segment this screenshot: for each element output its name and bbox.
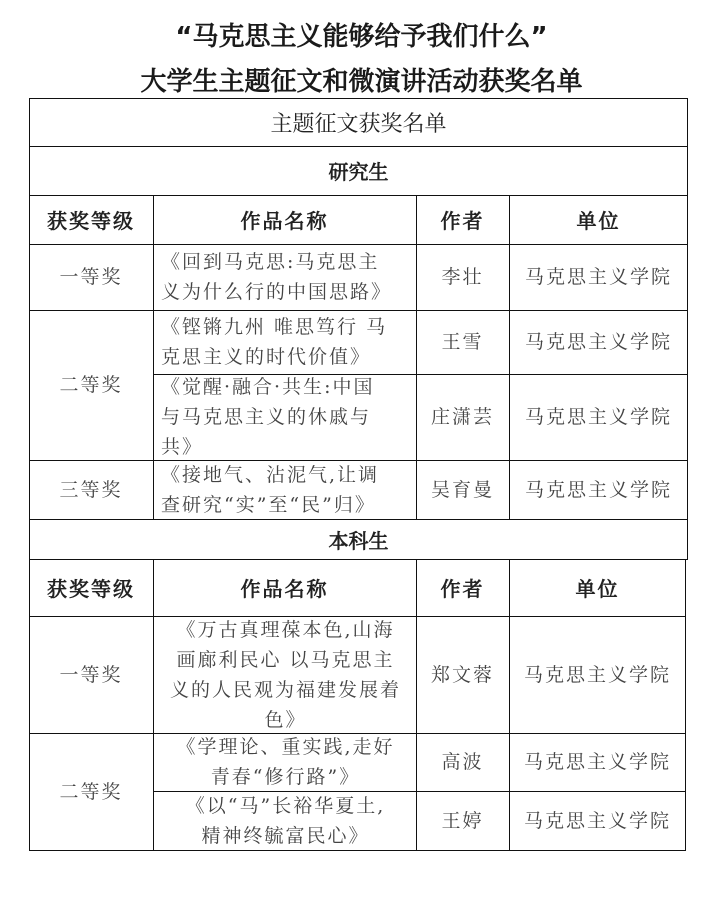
column-header-work: 作品名称 (153, 559, 416, 616)
author: 王婷 (416, 791, 509, 851)
author: 高波 (416, 733, 509, 791)
work-title-line: 青春“修行路”》 (176, 762, 394, 792)
unit: 马克思主义学院 (509, 460, 688, 519)
author: 李壮 (416, 244, 509, 310)
work-title-line: 共》 (161, 432, 374, 462)
work-title-line: 色》 (170, 705, 401, 735)
work-title: 《学理论、重实践,走好青春“修行路”》 (153, 733, 416, 791)
author: 王雪 (416, 310, 509, 374)
undergraduate-label: 本科生 (29, 519, 688, 559)
work-title-line: 《回到马克思:马克思主 (161, 247, 392, 277)
unit: 马克思主义学院 (509, 733, 686, 791)
work-title: 《铿锵九州 唯思笃行 马克思主义的时代价值》 (153, 310, 416, 374)
work-title-line: 画廊利民心 以马克思主 (170, 645, 401, 675)
work-title-line: 《接地气、沾泥气,让调 (161, 460, 379, 490)
work-title-line: 义为什么行的中国思路》 (161, 277, 392, 307)
award-level: 二等奖 (29, 733, 153, 851)
work-title-line: 义的人民观为福建发展着 (170, 675, 401, 705)
award-level: 三等奖 (29, 460, 153, 519)
unit: 马克思主义学院 (509, 244, 688, 310)
graduate-label: 研究生 (29, 146, 688, 195)
unit: 马克思主义学院 (509, 616, 686, 733)
work-title-line: 《学理论、重实践,走好 (176, 732, 394, 762)
section-title: 主题征文获奖名单 (29, 98, 688, 146)
work-title-line: 查研究“实”至“民”归》 (161, 490, 379, 520)
work-title-line: 《铿锵九州 唯思笃行 马 (161, 312, 387, 342)
unit: 马克思主义学院 (509, 791, 686, 851)
award-level: 一等奖 (29, 244, 153, 310)
column-header-award: 获奖等级 (29, 559, 153, 616)
unit: 马克思主义学院 (509, 310, 688, 374)
document-title-line1: “马克思主义能够给予我们什么” (0, 16, 723, 53)
column-header-award: 获奖等级 (29, 195, 153, 244)
work-title-line: 《觉醒·融合·共生:中国 (161, 372, 374, 402)
work-title: 《万古真理葆本色,山海画廊利民心 以马克思主义的人民观为福建发展着色》 (153, 616, 416, 733)
work-title-line: 《万古真理葆本色,山海 (170, 615, 401, 645)
work-title: 《回到马克思:马克思主义为什么行的中国思路》 (153, 244, 416, 310)
award-level: 一等奖 (29, 616, 153, 733)
work-title: 《以“马”长裕华夏土,精神终毓富民心》 (153, 791, 416, 851)
work-title: 《接地气、沾泥气,让调查研究“实”至“民”归》 (153, 460, 416, 519)
award-level: 二等奖 (29, 310, 153, 460)
column-header-author: 作者 (416, 559, 509, 616)
work-title: 《觉醒·融合·共生:中国与马克思主义的休戚与共》 (153, 374, 416, 460)
column-header-unit: 单位 (509, 559, 686, 616)
work-title-line: 克思主义的时代价值》 (161, 342, 387, 372)
unit: 马克思主义学院 (509, 374, 688, 460)
work-title-line: 与马克思主义的休戚与 (161, 402, 374, 432)
column-header-work: 作品名称 (153, 195, 416, 244)
column-header-author: 作者 (416, 195, 509, 244)
author: 吴育曼 (416, 460, 509, 519)
column-header-unit: 单位 (509, 195, 688, 244)
author: 郑文蓉 (416, 616, 509, 733)
document-title-line2: 大学生主题征文和微演讲活动获奖名单 (0, 61, 723, 98)
author: 庄潇芸 (416, 374, 509, 460)
work-title-line: 精神终毓富民心》 (186, 821, 385, 851)
work-title-line: 《以“马”长裕华夏土, (186, 791, 385, 821)
